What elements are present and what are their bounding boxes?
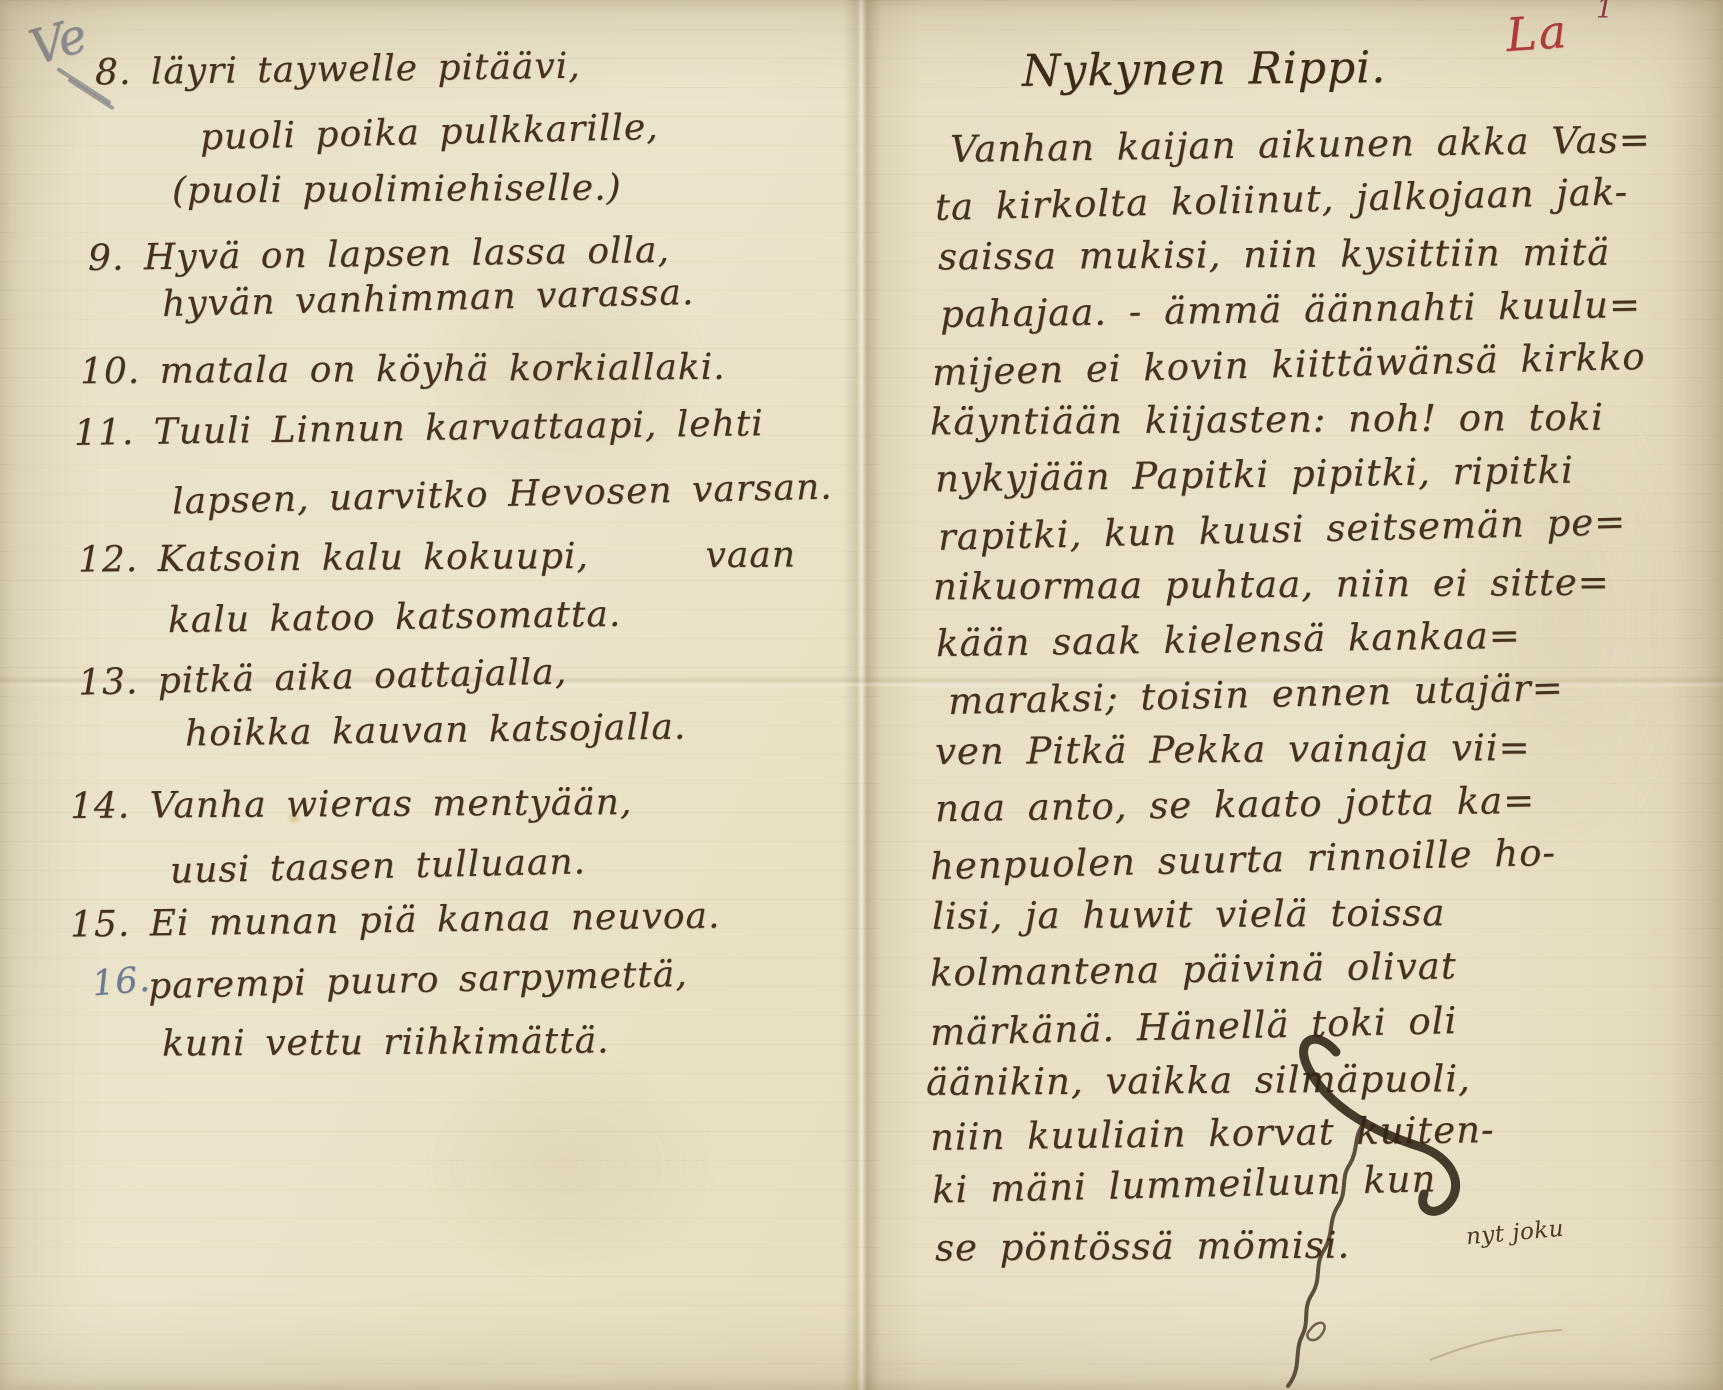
manuscript-line: nikuormaa puhtaa, niin ei sitte= bbox=[933, 564, 1610, 606]
manuscript-line: hoikka kauvan katsojalla. bbox=[185, 710, 687, 753]
manuscript-line: saissa mukisi, niin kysittiin mitä bbox=[938, 234, 1611, 276]
page-title: Nykynen Rippi. bbox=[1022, 46, 1387, 94]
manuscript-line: kään saak kielensä kankaa= bbox=[936, 617, 1521, 662]
manuscript-line: 11. Tuuli Linnun karvattaapi, lehti bbox=[74, 406, 764, 452]
manuscript-scan: Ve La 1 8. läyri taywelle pitäävi, puoli… bbox=[0, 0, 1723, 1390]
manuscript-line: 9. Hyvä on lapsen lassa olla, bbox=[88, 233, 670, 277]
manuscript-line: kuni vettu riihkimättä. bbox=[162, 1023, 610, 1062]
manuscript-line: kolmantena päivinä olivat bbox=[930, 947, 1457, 991]
manuscript-line: naa anto, se kaato jotta ka= bbox=[935, 782, 1536, 827]
red-archival-mark: La bbox=[1504, 4, 1570, 62]
manuscript-line: 8. läyri taywelle pitäävi, bbox=[95, 49, 581, 92]
manuscript-line: ven Pitkä Pekka vainaja vii= bbox=[935, 729, 1531, 770]
manuscript-line: 12. Katsoin kalu kokuupi, vaan bbox=[78, 537, 796, 578]
center-fold bbox=[843, 0, 881, 1390]
red-archival-mark-number: 1 bbox=[1596, 0, 1613, 25]
manuscript-line: 15. Ei munan piä kanaa neuvoa. bbox=[70, 898, 721, 943]
manuscript-line: 10. matala on köyhä korkiallaki. bbox=[80, 350, 726, 391]
manuscript-line: uusi taasen tulluaan. bbox=[170, 844, 587, 889]
manuscript-line: käyntiään kiijasten: noh! on toki bbox=[930, 399, 1604, 441]
manuscript-line: nykyjään Papitki pipitki, ripitki bbox=[935, 452, 1574, 498]
manuscript-line: puoli poika pulkkarille, bbox=[200, 110, 659, 156]
manuscript-line: Vanhan kaijan aikunen akka Vas= bbox=[950, 121, 1651, 168]
manuscript-line: kalu katoo katsomatta. bbox=[168, 597, 622, 639]
manuscript-line: 14. Vanha wieras mentyään, bbox=[70, 785, 633, 825]
manuscript-line: lisi, ja huwit vielä toissa bbox=[932, 894, 1446, 935]
ink-flourish-signature bbox=[1250, 1030, 1580, 1390]
manuscript-line: pahajaa. - ämmä äännahti kuulu= bbox=[940, 286, 1641, 333]
blue-item-number: 16. bbox=[90, 960, 152, 1005]
manuscript-line: (puoli puolimiehiselle.) bbox=[172, 170, 622, 209]
